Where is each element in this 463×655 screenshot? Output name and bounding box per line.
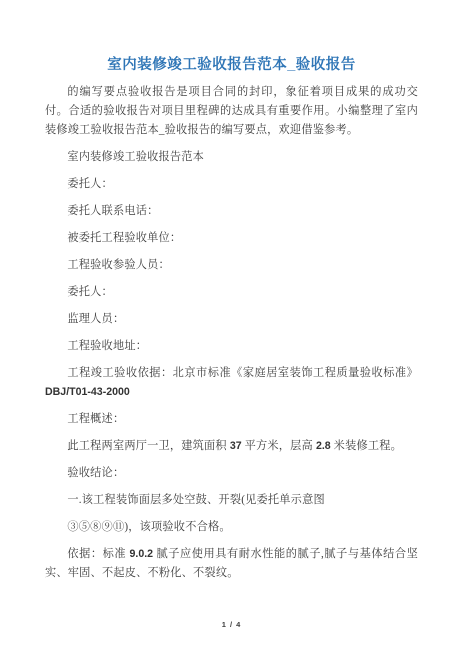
intro-paragraph: 的编写要点验收报告是项目合同的封印，象征着项目成果的成功交付。合适的验收报告对项…	[45, 83, 418, 140]
overview-part3: 米装修工程。	[331, 440, 402, 452]
document-title: 室内装修竣工验收报告范本_验收报告	[45, 57, 418, 73]
field-participants: 工程验收参验人员：	[45, 256, 418, 275]
field-client-2: 委托人：	[45, 283, 418, 302]
field-client: 委托人：	[45, 175, 418, 194]
field-conclusion-label: 验收结论：	[45, 464, 418, 483]
basis-note-part1: 依据：标准	[67, 548, 129, 560]
basis-note-code: 9.0.2	[130, 548, 154, 560]
field-supervisor: 监理人员：	[45, 310, 418, 329]
page-number: 1 / 4	[0, 620, 463, 629]
overview-floor-height-value: 2.8	[316, 440, 331, 452]
field-overview-label: 工程概述：	[45, 410, 418, 429]
field-client-phone: 委托人联系电话：	[45, 202, 418, 221]
basis-note-paragraph: 依据：标准 9.0.2 腻子应使用具有耐水性能的腻子,腻子与基体结合坚实、牢固、…	[45, 545, 418, 583]
overview-part2: 平方米，层高	[242, 440, 316, 452]
report-subtitle: 室内装修竣工验收报告范本	[45, 148, 418, 167]
field-inspection-unit: 被委托工程验收单位：	[45, 229, 418, 248]
overview-area-value: 37	[230, 440, 242, 452]
field-address: 工程验收地址：	[45, 337, 418, 356]
overview-part1: 此工程两室两厅一卫，建筑面积	[67, 440, 229, 452]
acceptance-basis-text: 工程竣工验收依据：北京市标准《家庭居室装饰工程质量验收标准》	[67, 367, 418, 379]
acceptance-basis-code: DBJ/T01-43-2000	[45, 386, 130, 398]
document-page: 室内装修竣工验收报告范本_验收报告 的编写要点验收报告是项目合同的封印，象征着项…	[0, 0, 463, 655]
conclusion-item-1-continued: ③⑤⑧⑨⑪)，该项验收不合格。	[45, 518, 418, 537]
field-acceptance-basis: 工程竣工验收依据：北京市标准《家庭居室装饰工程质量验收标准》DBJ/T01-43…	[45, 364, 418, 402]
project-overview: 此工程两室两厅一卫，建筑面积 37 平方米，层高 2.8 米装修工程。	[45, 437, 418, 456]
conclusion-item-1: 一.该工程装饰面层多处空鼓、开裂(见委托单示意图	[45, 491, 418, 510]
